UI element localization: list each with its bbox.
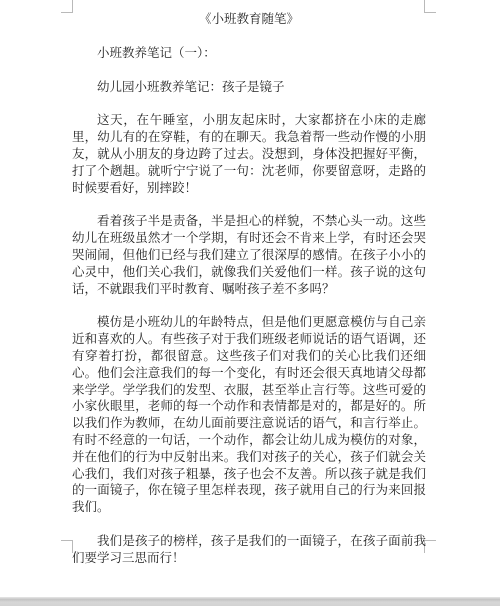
window-bottom-edge	[0, 597, 500, 606]
paragraph-1: 这天，在午睡室，小朋友起床时，大家都挤在小床的走廊里，幼儿有的在穿鞋，有的在聊天…	[72, 112, 426, 196]
paragraph-4: 我们是孩子的榜样，孩子是我们的一面镜子，在孩子面前我们要学习三思而行！	[72, 533, 426, 567]
paragraph-3: 模仿是小班幼儿的年龄特点，但是他们更愿意模仿与自己亲近和喜欢的人。有些孩子对于我…	[72, 314, 426, 516]
subheading: 幼儿园小班教养笔记：孩子是镜子	[72, 79, 426, 96]
document-text-area: 《小班教育随笔》 小班教养笔记（一）： 幼儿园小班教养笔记：孩子是镜子 这天，在…	[72, 11, 426, 567]
paragraph-2: 看着孩子半是责备，半是担心的样貌，不禁心头一动。这些幼儿在班级虽然才一个学期，有…	[72, 213, 426, 297]
section-heading: 小班教养笔记（一）：	[72, 45, 426, 62]
document-title: 《小班教育随笔》	[72, 11, 426, 28]
document-page: 《小班教育随笔》 小班教养笔记（一）： 幼儿园小班教养笔记：孩子是镜子 这天，在…	[0, 0, 500, 606]
